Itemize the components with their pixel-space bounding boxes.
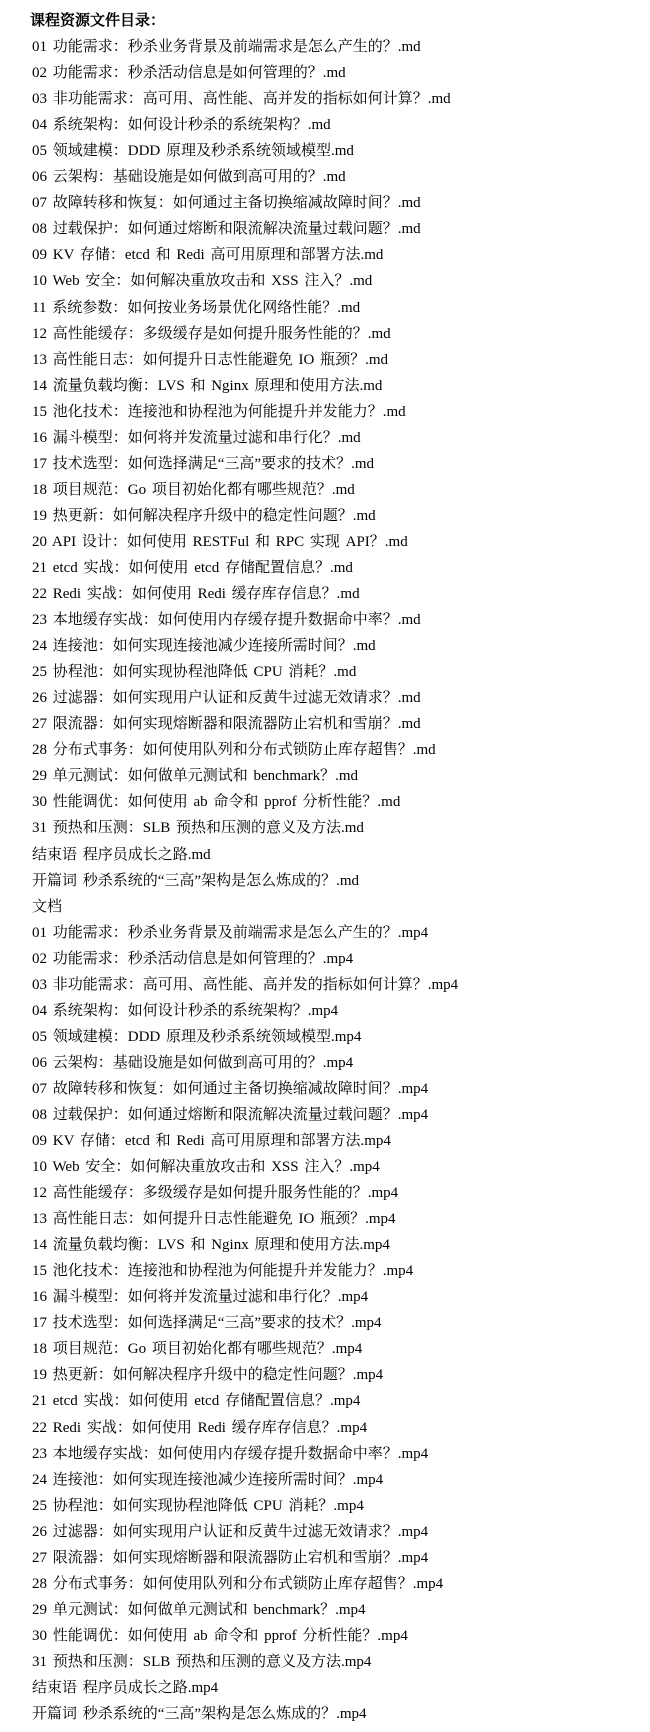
md-file-list-item: 06 云架构：基础设施是如何做到高可用的？.md xyxy=(32,164,640,190)
mp4-file-list-item: 07 故障转移和恢复：如何通过主备切换缩减故障时间？.mp4 xyxy=(32,1076,640,1102)
md-file-list-item: 10 Web 安全：如何解决重放攻击和 XSS 注入？.md xyxy=(32,268,640,294)
docs-section-label: 文档 xyxy=(32,894,640,920)
md-file-list-item: 结束语 程序员成长之路.md xyxy=(32,842,640,868)
mp4-file-list-item: 28 分布式事务：如何使用队列和分布式锁防止库存超售？.mp4 xyxy=(32,1571,640,1597)
md-file-list-item: 08 过载保护：如何通过熔断和限流解决流量过载问题？.md xyxy=(32,216,640,242)
md-file-list-item: 22 Redi 实战：如何使用 Redi 缓存库存信息？.md xyxy=(32,581,640,607)
mp4-file-list-item: 24 连接池：如何实现连接池减少连接所需时间？.mp4 xyxy=(32,1467,640,1493)
md-file-list-item: 16 漏斗模型：如何将并发流量过滤和串行化？.md xyxy=(32,425,640,451)
md-file-list-item: 24 连接池：如何实现连接池减少连接所需时间？.md xyxy=(32,633,640,659)
mp4-file-list-item: 05 领域建模：DDD 原理及秒杀系统领域模型.mp4 xyxy=(32,1024,640,1050)
md-file-list-item: 开篇词 秒杀系统的“三高”架构是怎么炼成的？.md xyxy=(32,868,640,894)
mp4-file-list-item: 21 etcd 实战：如何使用 etcd 存储配置信息？.mp4 xyxy=(32,1388,640,1414)
mp4-file-list-item: 25 协程池：如何实现协程池降低 CPU 消耗？.mp4 xyxy=(32,1493,640,1519)
md-file-list-item: 18 项目规范：Go 项目初始化都有哪些规范？.md xyxy=(32,477,640,503)
md-file-list-item: 03 非功能需求：高可用、高性能、高并发的指标如何计算？.md xyxy=(32,86,640,112)
mp4-file-list-item: 30 性能调优：如何使用 ab 命令和 pprof 分析性能？.mp4 xyxy=(32,1623,640,1649)
md-file-list-item: 25 协程池：如何实现协程池降低 CPU 消耗？.md xyxy=(32,659,640,685)
md-file-list-item: 21 etcd 实战：如何使用 etcd 存储配置信息？.md xyxy=(32,555,640,581)
mp4-file-list-item: 26 过滤器：如何实现用户认证和反黄牛过滤无效请求？.mp4 xyxy=(32,1519,640,1545)
md-file-list-item: 30 性能调优：如何使用 ab 命令和 pprof 分析性能？.md xyxy=(32,789,640,815)
md-file-list-item: 09 KV 存储：etcd 和 Redi 高可用原理和部署方法.md xyxy=(32,242,640,268)
mp4-file-list-item: 06 云架构：基础设施是如何做到高可用的？.mp4 xyxy=(32,1050,640,1076)
md-file-list-item: 28 分布式事务：如何使用队列和分布式锁防止库存超售？.md xyxy=(32,737,640,763)
mp4-file-list-item: 12 高性能缓存：多级缓存是如何提升服务性能的？.mp4 xyxy=(32,1180,640,1206)
md-file-list: 01 功能需求：秒杀业务背景及前端需求是怎么产生的？.md02 功能需求：秒杀活… xyxy=(32,34,640,894)
mp4-file-list-item: 开篇词 秒杀系统的“三高”架构是怎么炼成的？.mp4 xyxy=(32,1701,640,1727)
mp4-file-list-item: 10 Web 安全：如何解决重放攻击和 XSS 注入？.mp4 xyxy=(32,1154,640,1180)
md-file-list-item: 14 流量负载均衡：LVS 和 Nginx 原理和使用方法.md xyxy=(32,373,640,399)
mp4-file-list-item: 13 高性能日志：如何提升日志性能避免 IO 瓶颈？.mp4 xyxy=(32,1206,640,1232)
mp4-file-list-item: 15 池化技术：连接池和协程池为何能提升并发能力？.mp4 xyxy=(32,1258,640,1284)
mp4-file-list-item: 22 Redi 实战：如何使用 Redi 缓存库存信息？.mp4 xyxy=(32,1415,640,1441)
md-file-list-item: 29 单元测试：如何做单元测试和 benchmark？.md xyxy=(32,763,640,789)
md-file-list-item: 17 技术选型：如何选择满足“三高”要求的技术？.md xyxy=(32,451,640,477)
md-file-list-item: 20 API 设计：如何使用 RESTFul 和 RPC 实现 API？.md xyxy=(32,529,640,555)
md-file-list-item: 12 高性能缓存：多级缓存是如何提升服务性能的？.md xyxy=(32,321,640,347)
mp4-file-list-item: 02 功能需求：秒杀活动信息是如何管理的？.mp4 xyxy=(32,946,640,972)
mp4-file-list-item: 08 过载保护：如何通过熔断和限流解决流量过载问题？.mp4 xyxy=(32,1102,640,1128)
md-file-list-item: 19 热更新：如何解决程序升级中的稳定性问题？.md xyxy=(32,503,640,529)
md-file-list-item: 13 高性能日志：如何提升日志性能避免 IO 瓶颈？.md xyxy=(32,347,640,373)
mp4-file-list-item: 18 项目规范：Go 项目初始化都有哪些规范？.mp4 xyxy=(32,1336,640,1362)
mp4-file-list: 01 功能需求：秒杀业务背景及前端需求是怎么产生的？.mp402 功能需求：秒杀… xyxy=(32,920,640,1727)
mp4-file-list-item: 31 预热和压测：SLB 预热和压测的意义及方法.mp4 xyxy=(32,1649,640,1675)
mp4-file-list-item: 01 功能需求：秒杀业务背景及前端需求是怎么产生的？.mp4 xyxy=(32,920,640,946)
mp4-file-list-item: 09 KV 存储：etcd 和 Redi 高可用原理和部署方法.mp4 xyxy=(32,1128,640,1154)
md-file-list-item: 23 本地缓存实战：如何使用内存缓存提升数据命中率？.md xyxy=(32,607,640,633)
md-file-list-item: 05 领域建模：DDD 原理及秒杀系统领域模型.md xyxy=(32,138,640,164)
md-file-list-item: 27 限流器：如何实现熔断器和限流器防止宕机和雪崩？.md xyxy=(32,711,640,737)
mp4-file-list-item: 19 热更新：如何解决程序升级中的稳定性问题？.mp4 xyxy=(32,1362,640,1388)
mp4-file-list-item: 23 本地缓存实战：如何使用内存缓存提升数据命中率？.mp4 xyxy=(32,1441,640,1467)
md-file-list-item: 01 功能需求：秒杀业务背景及前端需求是怎么产生的？.md xyxy=(32,34,640,60)
mp4-file-list-item: 14 流量负载均衡：LVS 和 Nginx 原理和使用方法.mp4 xyxy=(32,1232,640,1258)
md-file-list-item: 04 系统架构：如何设计秒杀的系统架构？.md xyxy=(32,112,640,138)
page-title: 课程资源文件目录： xyxy=(30,8,640,34)
md-file-list-item: 31 预热和压测：SLB 预热和压测的意义及方法.md xyxy=(32,815,640,841)
mp4-file-list-item: 03 非功能需求：高可用、高性能、高并发的指标如何计算？.mp4 xyxy=(32,972,640,998)
mp4-file-list-item: 17 技术选型：如何选择满足“三高”要求的技术？.mp4 xyxy=(32,1310,640,1336)
md-file-list-item: 26 过滤器：如何实现用户认证和反黄牛过滤无效请求？.md xyxy=(32,685,640,711)
md-file-list-item: 02 功能需求：秒杀活动信息是如何管理的？.md xyxy=(32,60,640,86)
md-file-list-item: 11 系统参数：如何按业务场景优化网络性能？.md xyxy=(32,295,640,321)
md-file-list-item: 15 池化技术：连接池和协程池为何能提升并发能力？.md xyxy=(32,399,640,425)
mp4-file-list-item: 04 系统架构：如何设计秒杀的系统架构？.mp4 xyxy=(32,998,640,1024)
mp4-file-list-item: 结束语 程序员成长之路.mp4 xyxy=(32,1675,640,1701)
course-resource-directory: 课程资源文件目录： 01 功能需求：秒杀业务背景及前端需求是怎么产生的？.md0… xyxy=(0,0,650,1727)
mp4-file-list-item: 29 单元测试：如何做单元测试和 benchmark？.mp4 xyxy=(32,1597,640,1623)
md-file-list-item: 07 故障转移和恢复：如何通过主备切换缩减故障时间？.md xyxy=(32,190,640,216)
mp4-file-list-item: 27 限流器：如何实现熔断器和限流器防止宕机和雪崩？.mp4 xyxy=(32,1545,640,1571)
mp4-file-list-item: 16 漏斗模型：如何将并发流量过滤和串行化？.mp4 xyxy=(32,1284,640,1310)
